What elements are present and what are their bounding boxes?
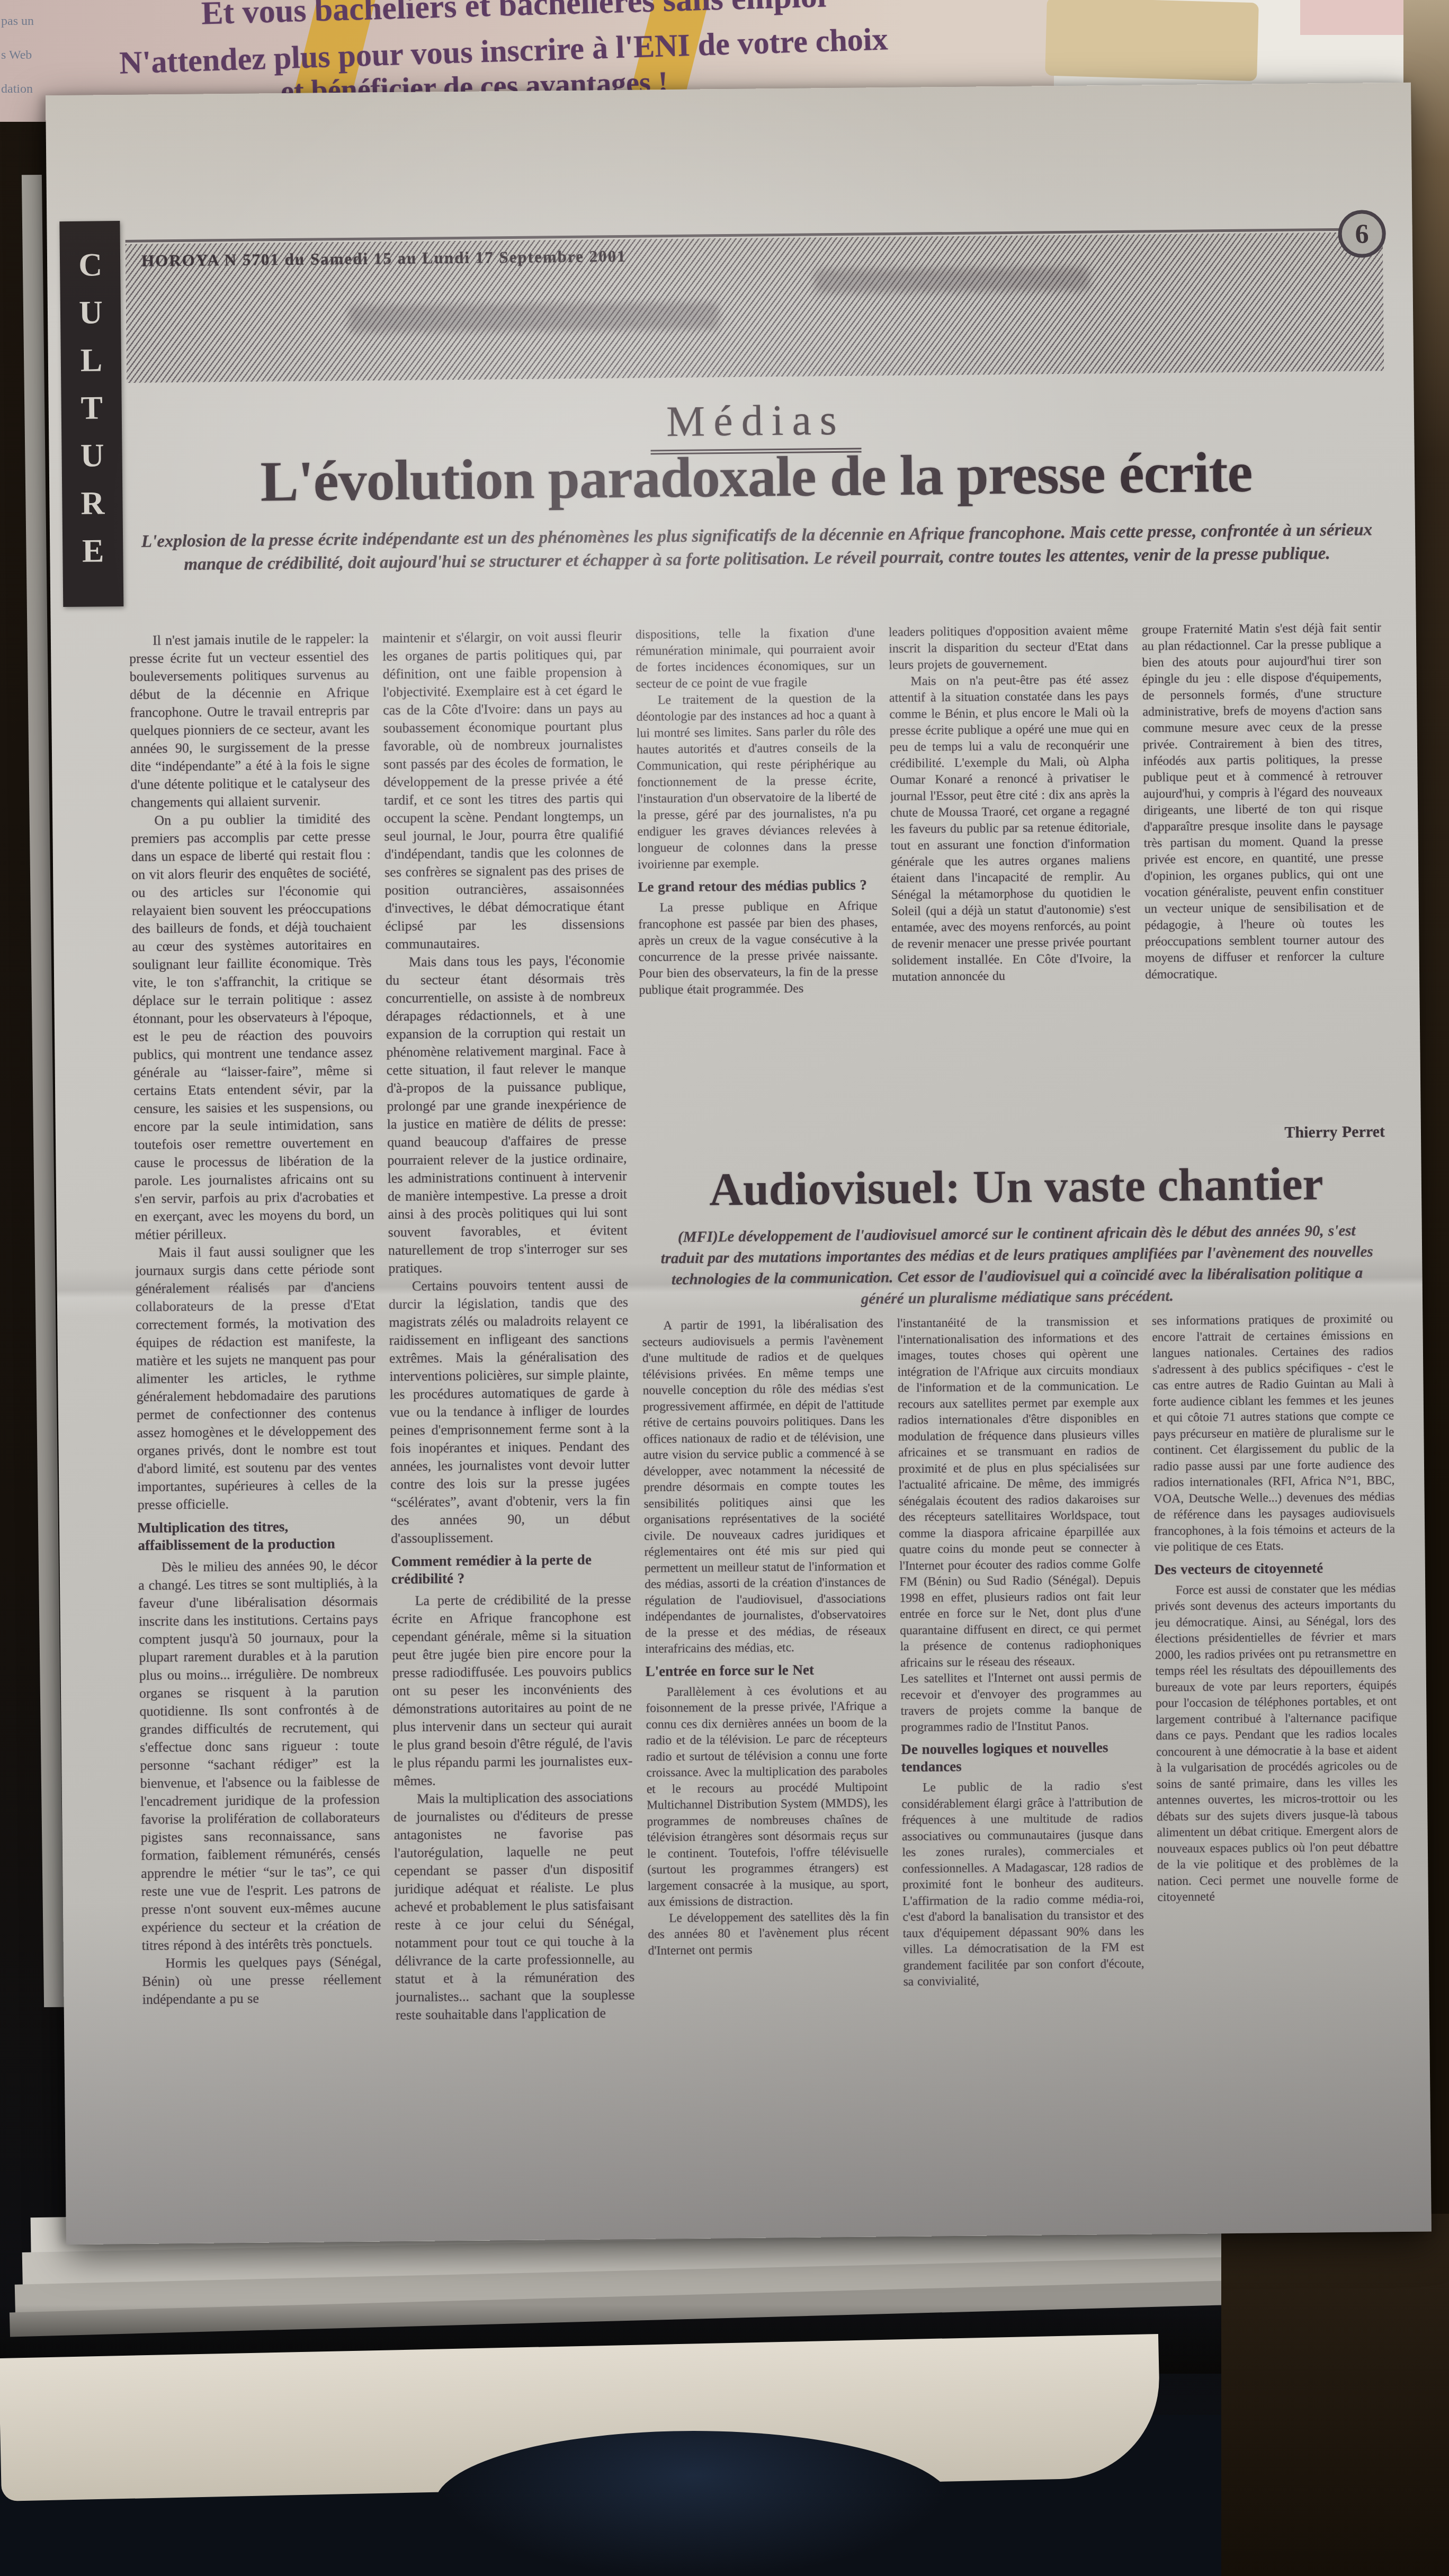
body-paragraph: Mais il faut aussi souligner que les jou… [135, 1242, 377, 1514]
body-paragraph: dispositions, telle la fixation d'une ré… [636, 624, 875, 692]
section-banner-label: CULTURE [71, 247, 112, 581]
body-paragraph: Dès le milieu des années 90, le décor a … [138, 1556, 381, 1954]
article-column-3: dispositions, telle la fixation d'une ré… [636, 624, 880, 1150]
background-paper [1045, 0, 1259, 81]
shadow-corner [1221, 2214, 1449, 2576]
body-paragraph: Le traitement de la question de la déont… [636, 690, 877, 873]
main-lede: L'explosion de la presse écrite indépend… [139, 518, 1375, 576]
second-article-column-1: A partir de 1991, la libéralisation des … [642, 1316, 891, 2186]
body-paragraph: Mais la multiplication des associations … [393, 1788, 635, 2024]
main-headline: L'évolution paradoxale de la presse écri… [113, 439, 1400, 516]
body-paragraph: Les satellites et l'Internet ont aussi p… [900, 1669, 1142, 1736]
body-paragraph: Mais on n'a peut-être pas été assez atte… [889, 672, 1132, 986]
column-subhead: Des vecteurs de citoyenneté [1154, 1559, 1396, 1578]
body-paragraph: Il n'est jamais inutile de le rappeler: … [129, 630, 370, 812]
edge-fragment: dation [1, 72, 38, 106]
second-article-column-3: ses informations pratiques de proximité … [1152, 1311, 1401, 2181]
article-top-right-columns: dispositions, telle la fixation d'une ré… [636, 620, 1391, 1150]
body-paragraph: Hormis les quelques pays (Sénégal, Bénin… [142, 1952, 382, 2008]
body-paragraph: maintenir et s'élargir, on voit aussi fl… [382, 627, 625, 953]
article-column-1: Il n'est jamais inutile de le rappeler: … [129, 630, 384, 2228]
body-paragraph: ses informations pratiques de proximité … [1152, 1311, 1396, 1555]
second-article: Audiovisuel: Un vaste chantier (MFI)Le d… [640, 1143, 1401, 2223]
newspaper-sheet: CULTURE HOROYA N 5701 du Samedi 15 au Lu… [46, 83, 1432, 2245]
left-edge-text-fragments: pas un s Web dation [1, 4, 38, 106]
column-subhead: Multiplication des titres, affaiblisseme… [138, 1517, 378, 1554]
article-body: Il n'est jamais inutile de le rappeler: … [129, 620, 1402, 2228]
article-column-5: groupe Fraternité Matin s'est déjà fait … [1142, 620, 1386, 1145]
body-paragraph: Le développement des satellites dès la f… [648, 1908, 889, 1959]
body-paragraph: Certains pouvoirs tentent aussi de durci… [389, 1275, 631, 1548]
byline: Thierry Perret [1263, 1123, 1385, 1141]
body-paragraph: On a pu oublier la timidité des premiers… [131, 810, 374, 1244]
second-article-column-2: l'instantanéité de la transmission et l'… [897, 1313, 1147, 2184]
body-paragraph: La perte de crédibilité de la presse écr… [391, 1590, 633, 1790]
body-paragraph: Force est aussi de constater que les méd… [1155, 1580, 1399, 1906]
body-paragraph: A partir de 1991, la libéralisation des … [642, 1316, 886, 1657]
second-article-lede: (MFI)Le développement de l'audiovisuel a… [656, 1220, 1378, 1311]
second-article-columns: A partir de 1991, la libéralisation des … [642, 1311, 1401, 2187]
column-subhead: De nouvelles logiques et nouvelles tenda… [901, 1739, 1142, 1776]
dark-object [434, 2431, 953, 2576]
body-paragraph: Le public de la radio s'est considérable… [901, 1778, 1144, 1990]
column-subhead: Comment remédier à la perte de crédibili… [391, 1551, 631, 1588]
article-column-4: leaders politiques d'opposition avaient … [889, 622, 1133, 1148]
body-paragraph: Parallèlement à ces évolutions et au foi… [646, 1682, 889, 1910]
page-number-badge: 6 [1338, 210, 1386, 258]
body-paragraph: groupe Fraternité Matin s'est déjà fait … [1142, 620, 1385, 983]
second-article-headline: Audiovisuel: Un vaste chantier [640, 1157, 1392, 1218]
column-subhead: Le grand retour des médias publics ? [638, 876, 877, 896]
body-paragraph: l'instantanéité de la transmission et l'… [897, 1313, 1142, 1671]
article-column-2: maintenir et s'élargir, on voit aussi fl… [382, 627, 637, 2225]
ghost-print [814, 266, 1089, 293]
section-banner-culture: CULTURE [59, 221, 123, 607]
body-paragraph: Mais dans tous les pays, l'économie du s… [386, 951, 628, 1277]
column-subhead: L'entrée en force sur le Net [646, 1660, 887, 1680]
body-paragraph: La presse publique en Afrique francophon… [638, 898, 879, 998]
ghost-print [348, 302, 719, 333]
body-paragraph: leaders politiques d'opposition avaient … [889, 622, 1129, 674]
edge-fragment: pas un [1, 4, 38, 38]
photo-of-newspaper: Et vous bacheliers et bachelières sans e… [0, 0, 1449, 2576]
edge-fragment: s Web [1, 38, 38, 72]
right-zone: dispositions, telle la fixation d'une ré… [636, 620, 1402, 2223]
